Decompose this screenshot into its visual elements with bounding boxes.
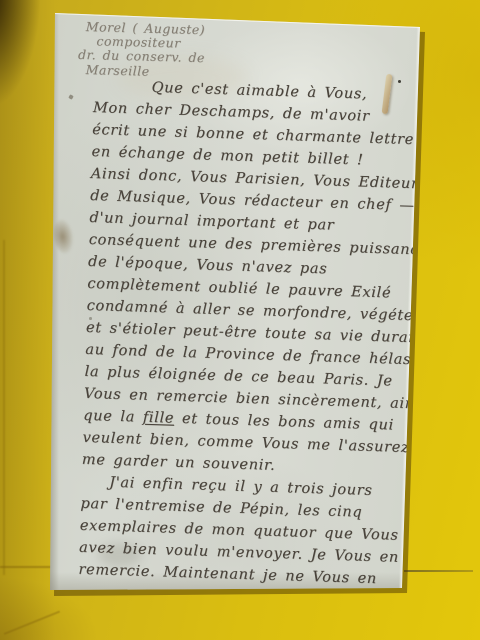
letter-text-segment: me garder un souvenir. [82,452,276,474]
crease-line-vertical [3,240,5,575]
ink-dot [398,80,401,83]
letter-text-segment: que la [83,408,143,426]
pencil-mark-on-board [404,570,473,572]
ink-speck [68,94,73,99]
letter-photograph: Morel ( Auguste)compositeurdr. du conser… [0,0,480,640]
crease-line-diagonal [4,611,60,635]
pencil-annotation-block: Morel ( Auguste)compositeurdr. du conser… [83,20,304,83]
handwritten-letter-body: Que c'est aimable à Vous,Mon cher Descha… [78,75,434,591]
underlined-word: fille [143,410,175,427]
crease-line-left [0,566,53,568]
